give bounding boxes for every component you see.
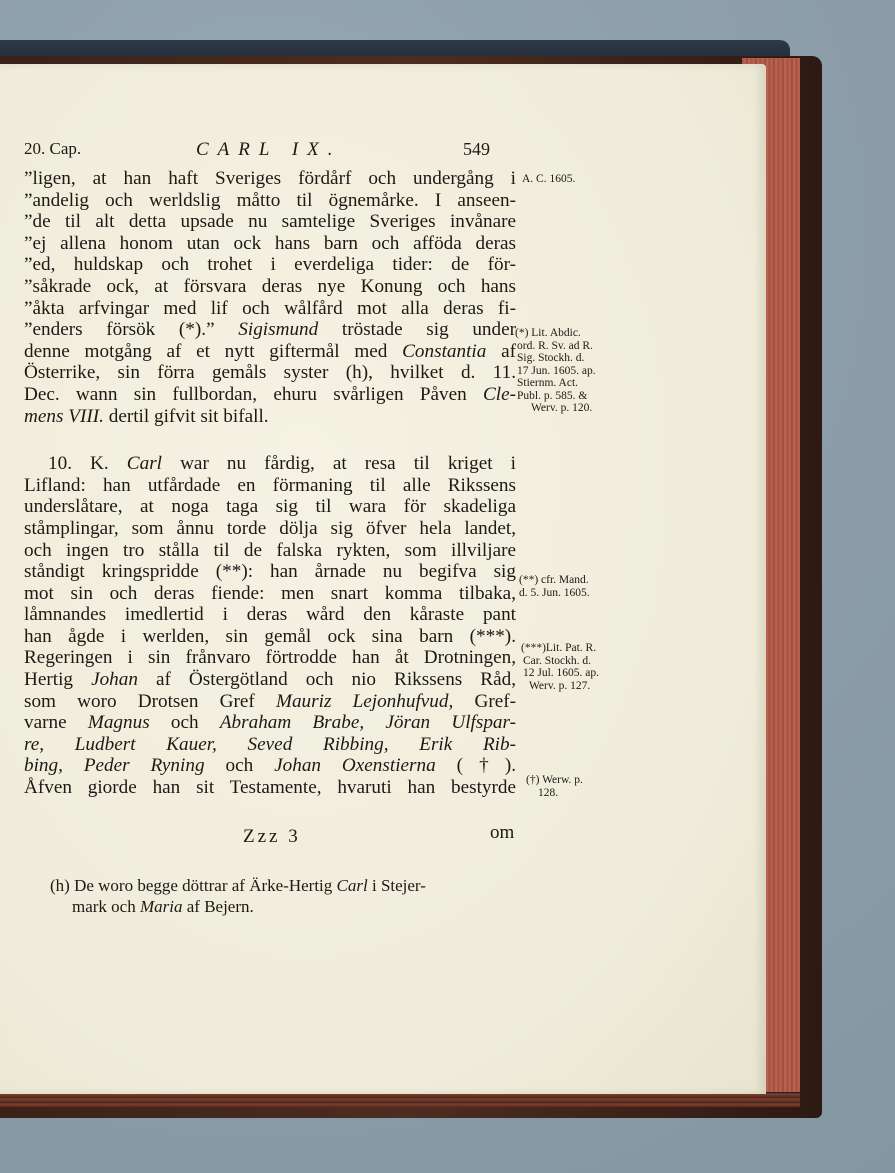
italic-name: Johan bbox=[91, 669, 138, 690]
text-line: ”ed, huldskap och trohet i everdeliga ti… bbox=[24, 254, 516, 276]
text-span: i Stejer- bbox=[372, 876, 426, 895]
note-line: Sig. Stockh. d. bbox=[515, 352, 596, 365]
text-line: varne Magnus och Abraham Brabe, Jöran Ul… bbox=[24, 712, 516, 734]
text-line: bing, Peder Ryning och Johan Oxenstierna… bbox=[24, 755, 516, 777]
text-span: af Bejern. bbox=[187, 897, 254, 916]
text-line: ”enders försök (*).” Sigismund tröstade … bbox=[24, 319, 516, 341]
text-line: Dec. wann sin fullbordan, ehuru svårlige… bbox=[24, 384, 516, 406]
note-line: (†) Werw. p. bbox=[526, 774, 583, 787]
italic-name: mens VIII. bbox=[24, 406, 104, 427]
text-line: Österrike, sin förra gemåls syster (h), … bbox=[24, 362, 516, 384]
text-line: låmnandes imedlertid i deras wård den kå… bbox=[24, 604, 516, 626]
italic-name: Maria bbox=[140, 897, 183, 916]
text-line: Lifland: han utfårdade en förmaning til … bbox=[24, 475, 516, 497]
text-span: som woro Drotsen Gref bbox=[24, 691, 255, 712]
text-span: och bbox=[171, 712, 199, 733]
italic-name: Magnus bbox=[88, 712, 150, 733]
text-span: varne bbox=[24, 712, 67, 733]
text-line: Hertig Johan af Östergötland och nio Rik… bbox=[24, 669, 516, 691]
text-line: mens VIII. dertil gifvit sit bifall. bbox=[24, 406, 516, 428]
running-title: CARL IX. bbox=[196, 139, 342, 161]
text-span: dertil gifvit sit bifall. bbox=[109, 406, 269, 427]
note-line: ord. R. Sv. ad R. bbox=[515, 340, 596, 353]
note-line: d. 5. Jun. 1605. bbox=[519, 587, 590, 600]
text-span: och bbox=[225, 755, 253, 776]
margin-note-2: (**) cfr. Mand. d. 5. Jun. 1605. bbox=[519, 574, 590, 599]
text-line: han ågde i werlden, sin gemål ock sina b… bbox=[24, 626, 516, 648]
italic-name: bing, Peder Ryning bbox=[24, 755, 205, 776]
text-line: ”ej allena honom utan ock hans barn och … bbox=[24, 233, 516, 255]
margin-note-4: (†) Werw. p. 128. bbox=[526, 774, 583, 799]
italic-name: Constantia bbox=[402, 341, 486, 362]
text-span: war nu fårdig, at resa til kriget i bbox=[180, 453, 516, 474]
note-line: 128. bbox=[526, 787, 583, 800]
note-line: (**) cfr. Mand. bbox=[519, 574, 590, 587]
italic-name: Carl bbox=[127, 453, 162, 474]
italic-name: Cle- bbox=[483, 384, 516, 405]
note-line: Car. Stockh. d. bbox=[521, 655, 599, 668]
footnote-line-2: mark och Maria af Bejern. bbox=[50, 896, 426, 917]
text-span: af Östergötland och nio Rikssens Råd, bbox=[156, 669, 516, 690]
signature-mark: Zzz 3 bbox=[243, 826, 301, 848]
text-line: som woro Drotsen Gref Mauriz Lejonhufvud… bbox=[24, 691, 516, 713]
text-line: ”såkrade ock, at försvara deras nye Konu… bbox=[24, 276, 516, 298]
text-span: (†). bbox=[457, 755, 516, 776]
text-span: tröstade sig under bbox=[342, 319, 516, 340]
text-span: af bbox=[501, 341, 516, 362]
text-span: (h) De woro begge döttrar af Ärke-Hertig bbox=[50, 876, 332, 895]
text-line: ”de til alt detta upsade nu samtelige Sv… bbox=[24, 211, 516, 233]
text-line: ”ligen, at han haft Sveriges fördårf och… bbox=[24, 168, 516, 190]
text-span: Gref- bbox=[474, 691, 516, 712]
margin-note-3: (***)Lit. Pat. R. Car. Stockh. d. 12 Jul… bbox=[521, 642, 599, 692]
margin-year: A. C. 1605. bbox=[522, 173, 575, 186]
section-10-start: 10. K. Carl war nu fårdig, at resa til k… bbox=[24, 453, 516, 475]
text-line: ståmplingar, som ånnu torde dölja sig öf… bbox=[24, 518, 516, 540]
margin-note-1: (*) Lit. Abdic. ord. R. Sv. ad R. Sig. S… bbox=[515, 327, 596, 415]
italic-name: Abraham Brabe, Jöran Ulfspar- bbox=[220, 712, 516, 733]
body-text: ”ligen, at han haft Sveriges fördårf och… bbox=[24, 168, 516, 799]
note-line: (***)Lit. Pat. R. bbox=[521, 642, 599, 655]
text-span: ”enders försök (*).” bbox=[24, 319, 215, 340]
note-line: 12 Jul. 1605. ap. bbox=[521, 667, 599, 680]
text-span: Dec. wann sin fullbordan, ehuru svårlige… bbox=[24, 384, 467, 405]
note-line: Werv. p. 127. bbox=[521, 680, 599, 693]
note-line: 17 Jun. 1605. ap. bbox=[515, 365, 596, 378]
text-line: mot sin och deras fiende: men snart komm… bbox=[24, 583, 516, 605]
italic-name: re, Ludbert Kauer, Seved Ribbing, Erik R… bbox=[24, 734, 516, 755]
footnote-h: (h) De woro begge döttrar af Ärke-Hertig… bbox=[50, 875, 426, 917]
text-line: ”andelig och werldslig måtto til ögnemår… bbox=[24, 190, 516, 212]
text-line: Regeringen i sin frånvaro förtrodde han … bbox=[24, 647, 516, 669]
italic-name: Mauriz Lejonhufvud, bbox=[276, 691, 453, 712]
italic-name: Johan Oxenstierna bbox=[274, 755, 436, 776]
italic-name: Sigismund bbox=[238, 319, 318, 340]
chapter-label: 20. Cap. bbox=[24, 139, 81, 159]
note-line: Stiernm. Act. bbox=[515, 377, 596, 390]
italic-name: Carl bbox=[337, 876, 368, 895]
book-bottom-edge bbox=[0, 1093, 800, 1107]
note-line: (*) Lit. Abdic. bbox=[515, 327, 596, 340]
text-line: och ingen tro stålla til de falska rykte… bbox=[24, 540, 516, 562]
note-line: Werv. p. 120. bbox=[515, 402, 596, 415]
text-line: ståndigt kringspridde (**): han årnade n… bbox=[24, 561, 516, 583]
text-span: denne motgång af et nytt giftermål med bbox=[24, 341, 387, 362]
text-line: re, Ludbert Kauer, Seved Ribbing, Erik R… bbox=[24, 734, 516, 756]
text-span: Hertig bbox=[24, 669, 73, 690]
text-line: ”åkta arfvingar med lif och wålfård mot … bbox=[24, 298, 516, 320]
text-span: mark och bbox=[72, 897, 136, 916]
text-span: 10. K. bbox=[48, 453, 109, 474]
catchword: om bbox=[490, 822, 514, 844]
note-line: Publ. p. 585. & bbox=[515, 390, 596, 403]
page-number: 549 bbox=[463, 139, 490, 160]
text-line: Åfven giorde han sit Testamente, hvaruti… bbox=[24, 777, 516, 799]
text-line: underslåtare, at noga taga sig til wara … bbox=[24, 496, 516, 518]
text-line: denne motgång af et nytt giftermål med C… bbox=[24, 341, 516, 363]
